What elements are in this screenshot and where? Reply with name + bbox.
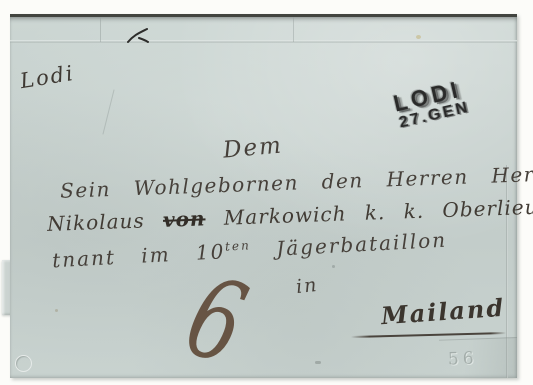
addressee-first-name: Nikolaus [47,208,145,235]
address-preposition: in [295,274,320,298]
postmark: LODI 27.GEN [392,77,472,131]
vertical-fold-crease-left [100,17,101,42]
scanned-letter-photo: Lodi LODI 27.GEN Dem Sein Wohlgebornen d… [0,0,533,385]
foxing-speck [332,265,335,268]
struck-word: von [163,206,206,231]
foxing-speck [416,35,421,39]
destination-city: Mailand [380,293,506,331]
vertical-fold-crease-center [293,17,294,42]
sender-note: Lodi [18,61,76,93]
folded-letter-sheet: Lodi LODI 27.GEN Dem Sein Wohlgebornen d… [10,14,517,378]
postage-rate-marking: 6 [173,253,259,385]
battalion-number-ordinal: ten [225,238,251,253]
horizontal-fold-crease [10,40,517,43]
faint-pencil-number: 56 [448,348,478,369]
foxing-speck [315,361,321,364]
destination-underline [351,332,506,338]
foxing-speck [55,309,58,312]
addressee-surname-title: Markowich k. k. Oberlieu= [223,194,533,230]
embossed-blind-stamp [15,355,32,372]
faint-pencil-streak [102,90,114,135]
ink-squiggle-mark [126,27,152,45]
address-salutation: Dem [222,132,284,163]
address-line-3-start: tnant im [52,242,172,272]
battalion-name: Jägerbataillon [276,228,448,261]
